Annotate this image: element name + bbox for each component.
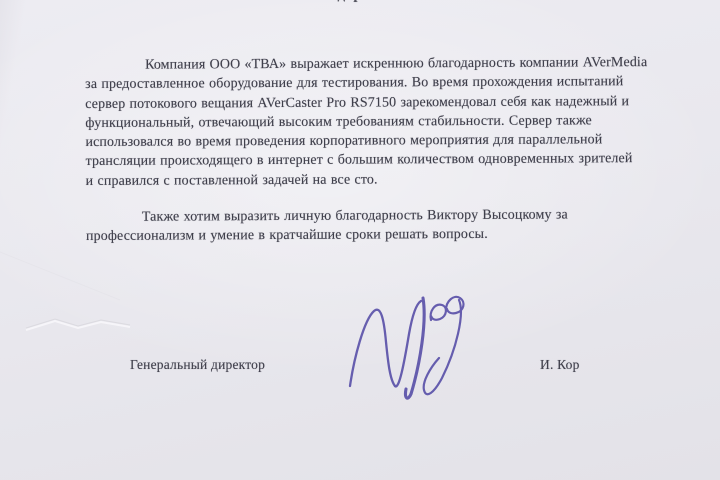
cutoff-heading-text: письмо благодарности компании AVerMedia bbox=[243, 0, 523, 4]
text-line: Также хотим выразить личную благодарност… bbox=[86, 205, 648, 227]
signature-stroke bbox=[405, 298, 424, 398]
paragraph-1: Компания ООО «ТВА» выражает искреннюю бл… bbox=[85, 53, 648, 191]
signature-stroke bbox=[395, 301, 421, 386]
cutoff-heading-remnant: письмо благодарности компании AVerMedia bbox=[243, 0, 523, 7]
signature-stroke bbox=[350, 310, 395, 386]
letter-body: Компания ООО «ТВА» выражает искреннюю бл… bbox=[85, 53, 648, 247]
paragraph-2: Также хотим выразить личную благодарност… bbox=[86, 205, 648, 247]
scanned-letter-page: письмо благодарности компании AVerMedia … bbox=[0, 0, 720, 480]
text-line: профессионализм и умение в кратчайшие ср… bbox=[86, 224, 648, 246]
handwritten-signature-ink bbox=[338, 286, 488, 406]
signer-name: И. Кор bbox=[540, 357, 580, 373]
signer-title: Генеральный директор bbox=[130, 357, 265, 373]
signature-stroke bbox=[424, 300, 461, 394]
text-line: и справился с поставленной задачей на вс… bbox=[86, 169, 648, 191]
signature-stroke bbox=[431, 305, 446, 320]
text-line: трансляции происходящего в интернет с бо… bbox=[86, 150, 648, 172]
signature-stroke bbox=[446, 297, 463, 314]
text-line: за предоставленное оборудование для тест… bbox=[85, 72, 647, 94]
